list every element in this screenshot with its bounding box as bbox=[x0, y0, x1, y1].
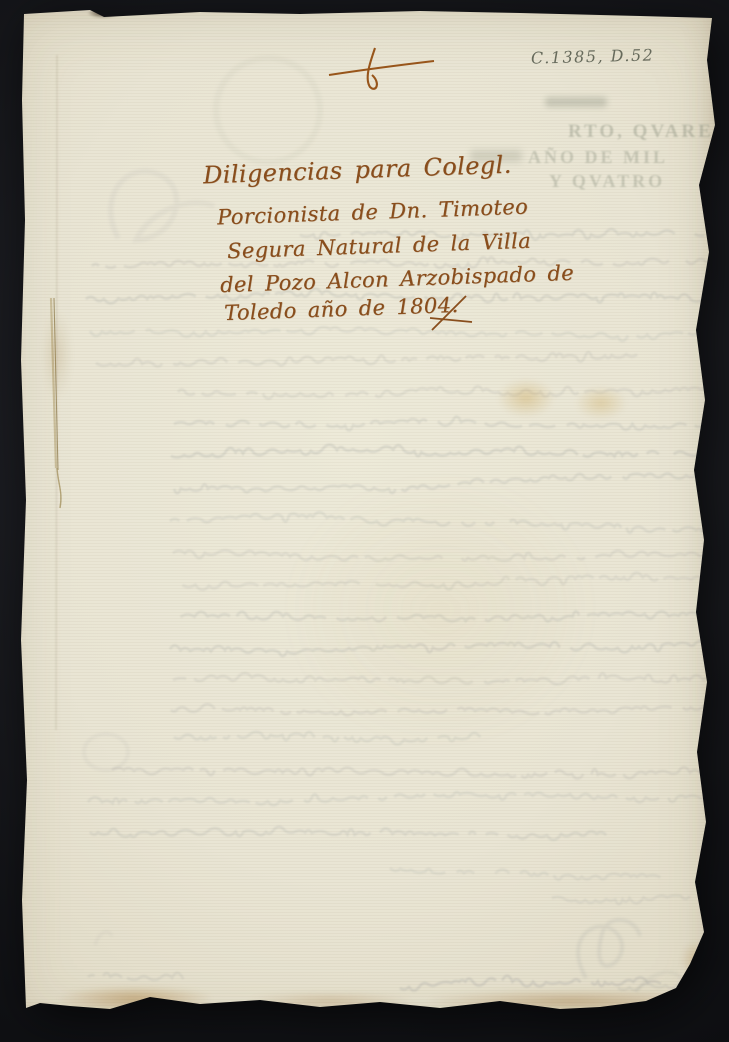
faded-script-line bbox=[112, 767, 711, 778]
edge-stain bbox=[42, 310, 72, 400]
stamp-line-2: AÑO DE MIL bbox=[528, 147, 668, 168]
bottom-edge-stain bbox=[60, 986, 210, 1012]
cross-rubric bbox=[329, 48, 434, 89]
paper-discoloration bbox=[280, 470, 600, 750]
faded-script-line bbox=[88, 973, 183, 980]
faded-script-line bbox=[170, 640, 717, 656]
stamp-line-3: Y QVATRO bbox=[549, 171, 665, 192]
faded-script-line bbox=[181, 611, 722, 621]
faded-script-line bbox=[171, 704, 718, 715]
faded-script-line bbox=[174, 417, 725, 431]
faded-script-line bbox=[170, 512, 717, 535]
binding-thread bbox=[51, 298, 61, 508]
faded-script-line bbox=[88, 792, 712, 805]
faded-script-line bbox=[174, 732, 480, 745]
bottom-edge-stain bbox=[430, 990, 710, 1012]
ghost-seal bbox=[216, 58, 320, 162]
bottom-edge-stain bbox=[250, 992, 410, 1010]
faded-script-line bbox=[173, 673, 713, 684]
faded-script-line bbox=[390, 868, 672, 880]
title-line-2: Porcionista de Dn. Timoteo bbox=[217, 195, 529, 230]
paper-crease bbox=[56, 55, 57, 730]
faded-script-line bbox=[171, 445, 711, 458]
title-line-5: Toledo año de 1804. bbox=[224, 293, 459, 325]
top-edge-spot bbox=[88, 8, 118, 18]
faded-script-line bbox=[90, 327, 716, 341]
title-line-4: del Pozo Alcon Arzobispado de bbox=[220, 261, 575, 297]
corner-stain bbox=[680, 940, 714, 980]
ink-stain bbox=[497, 378, 555, 418]
faded-script-line bbox=[183, 573, 715, 590]
archival-reference: C.1385, D.52 bbox=[531, 45, 655, 67]
faded-script-line bbox=[618, 981, 689, 990]
stamp-illegible-word bbox=[545, 97, 607, 107]
faded-script-line bbox=[173, 550, 715, 561]
faded-script-line bbox=[96, 352, 637, 366]
faded-script-line bbox=[400, 976, 661, 991]
ink-stain bbox=[575, 386, 627, 420]
faded-script-line bbox=[90, 827, 606, 840]
title-line-1: Diligencias para Colegl. bbox=[203, 151, 513, 190]
stamp-line-1: RTO, QVAREN- bbox=[568, 121, 729, 143]
faded-script-line bbox=[552, 895, 690, 904]
title-line-3: Segura Natural de la Villa bbox=[227, 229, 532, 264]
photograph-background: C.1385, D.52 RTO, QVAREN- AÑO DE MIL Y Q… bbox=[0, 0, 729, 1042]
faded-script-line bbox=[174, 473, 721, 494]
faded-script-line bbox=[178, 386, 714, 398]
faded-script-lines bbox=[86, 229, 726, 990]
manuscript-page: C.1385, D.52 RTO, QVAREN- AÑO DE MIL Y Q… bbox=[0, 0, 729, 1042]
paper-shadow: C.1385, D.52 RTO, QVAREN- AÑO DE MIL Y Q… bbox=[0, 0, 729, 1042]
